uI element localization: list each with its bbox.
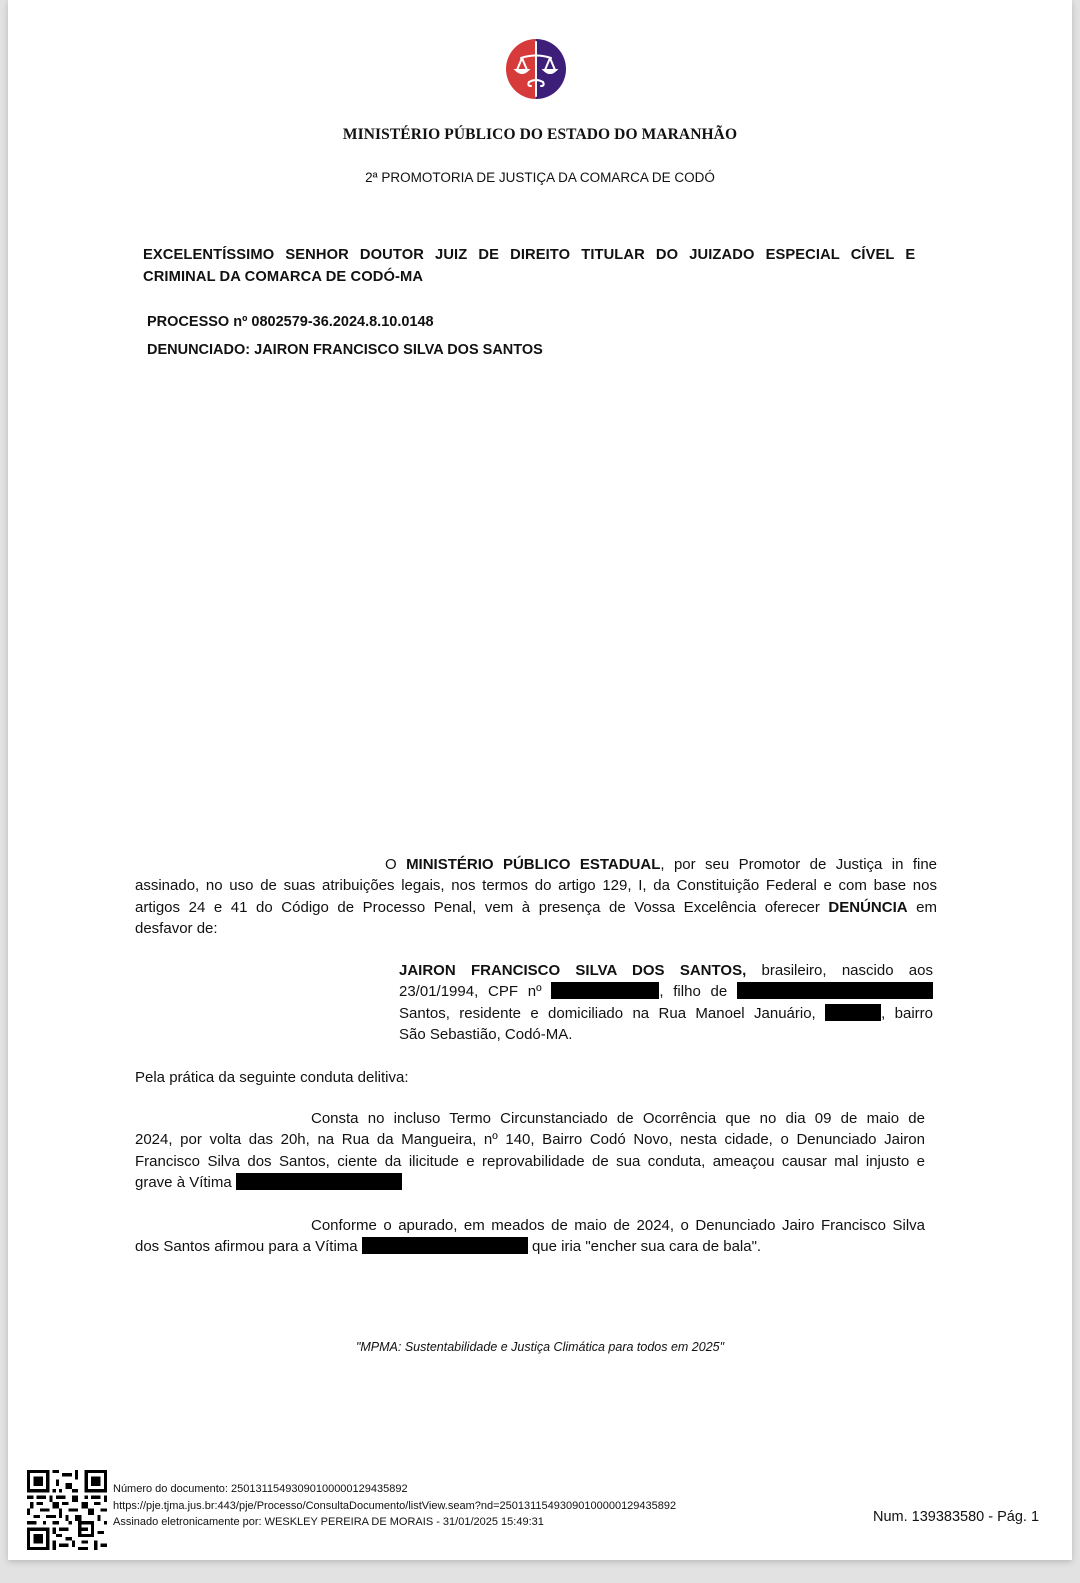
- electronic-signature: Assinado eletronicamente por: WESKLEY PE…: [113, 1514, 676, 1531]
- intro-line-1: O MINISTÉRIO PÚBLICO ESTADUAL, por seu P…: [135, 854, 937, 875]
- addressee-block: EXCELENTÍSSIMO SENHOR DOUTOR JUIZ DE DIR…: [143, 244, 915, 287]
- qualification-line-2: 23/01/1994, CPF nº , filho de: [399, 981, 933, 1002]
- redaction-parent-name: [737, 982, 933, 999]
- case-number: PROCESSO nº 0802579-36.2024.8.10.0148: [147, 314, 434, 330]
- intro-paragraph: O MINISTÉRIO PÚBLICO ESTADUAL, por seu P…: [135, 854, 937, 939]
- redaction-house-number: [825, 1004, 881, 1021]
- redaction-victim-name: [236, 1173, 402, 1190]
- facts1-line-3: Francisco Silva dos Santos, ciente da il…: [135, 1151, 925, 1172]
- addressee-line-1: EXCELENTÍSSIMO SENHOR DOUTOR JUIZ DE DIR…: [143, 244, 915, 266]
- qualification-line-3: Santos, residente e domiciliado na Rua M…: [399, 1003, 933, 1024]
- facts1-line-2: 2024, por volta das 20h, na Rua da Mangu…: [135, 1129, 925, 1150]
- facts1-line-4: grave à Vítima: [135, 1172, 925, 1193]
- institutional-motto: "MPMA: Sustentabilidade e Justiça Climát…: [8, 1340, 1072, 1354]
- page-number: Num. 139383580 - Pág. 1: [873, 1509, 1039, 1525]
- defendant-heading: DENUNCIADO: JAIRON FRANCISCO SILVA DOS S…: [147, 342, 543, 358]
- institution-title: MINISTÉRIO PÚBLICO DO ESTADO DO MARANHÃO: [8, 126, 1072, 144]
- intro-line-4: desfavor de:: [135, 918, 937, 939]
- signature-footer: Número do documento: 2501311549309010000…: [113, 1481, 676, 1531]
- document-url[interactable]: https://pje.tjma.jus.br:443/pje/Processo…: [113, 1498, 676, 1515]
- department-subtitle: 2ª PROMOTORIA DE JUSTIÇA DA COMARCA DE C…: [8, 170, 1072, 185]
- qualification-line-4: São Sebastião, Codó-MA.: [399, 1024, 933, 1045]
- addressee-line-2: CRIMINAL DA COMARCA DE CODÓ-MA: [143, 266, 915, 288]
- conduct-heading: Pela prática da seguinte conduta delitiv…: [135, 1067, 409, 1088]
- document-page: MINISTÉRIO PÚBLICO DO ESTADO DO MARANHÃO…: [8, 0, 1072, 1560]
- scales-of-justice-icon: [505, 38, 567, 100]
- qr-code-icon[interactable]: [27, 1470, 107, 1550]
- document-number: Número do documento: 2501311549309010000…: [113, 1481, 676, 1498]
- facts2-line-2: dos Santos afirmou para a Vítima que iri…: [135, 1236, 925, 1257]
- redaction-cpf: [551, 982, 659, 999]
- facts1-line-1: Consta no incluso Termo Circunstanciado …: [135, 1108, 925, 1129]
- redaction-victim-name-2: [362, 1237, 528, 1254]
- qualification-line-1: JAIRON FRANCISCO SILVA DOS SANTOS, brasi…: [399, 960, 933, 981]
- facts-paragraph-2: Conforme o apurado, em meados de maio de…: [135, 1215, 925, 1258]
- intro-line-2: assinado, no uso de suas atribuições leg…: [135, 875, 937, 896]
- intro-line-3: artigos 24 e 41 do Código de Processo Pe…: [135, 897, 937, 918]
- facts-paragraph-1: Consta no incluso Termo Circunstanciado …: [135, 1108, 925, 1193]
- facts2-line-1: Conforme o apurado, em meados de maio de…: [135, 1215, 925, 1236]
- qualification-paragraph: JAIRON FRANCISCO SILVA DOS SANTOS, brasi…: [399, 960, 933, 1045]
